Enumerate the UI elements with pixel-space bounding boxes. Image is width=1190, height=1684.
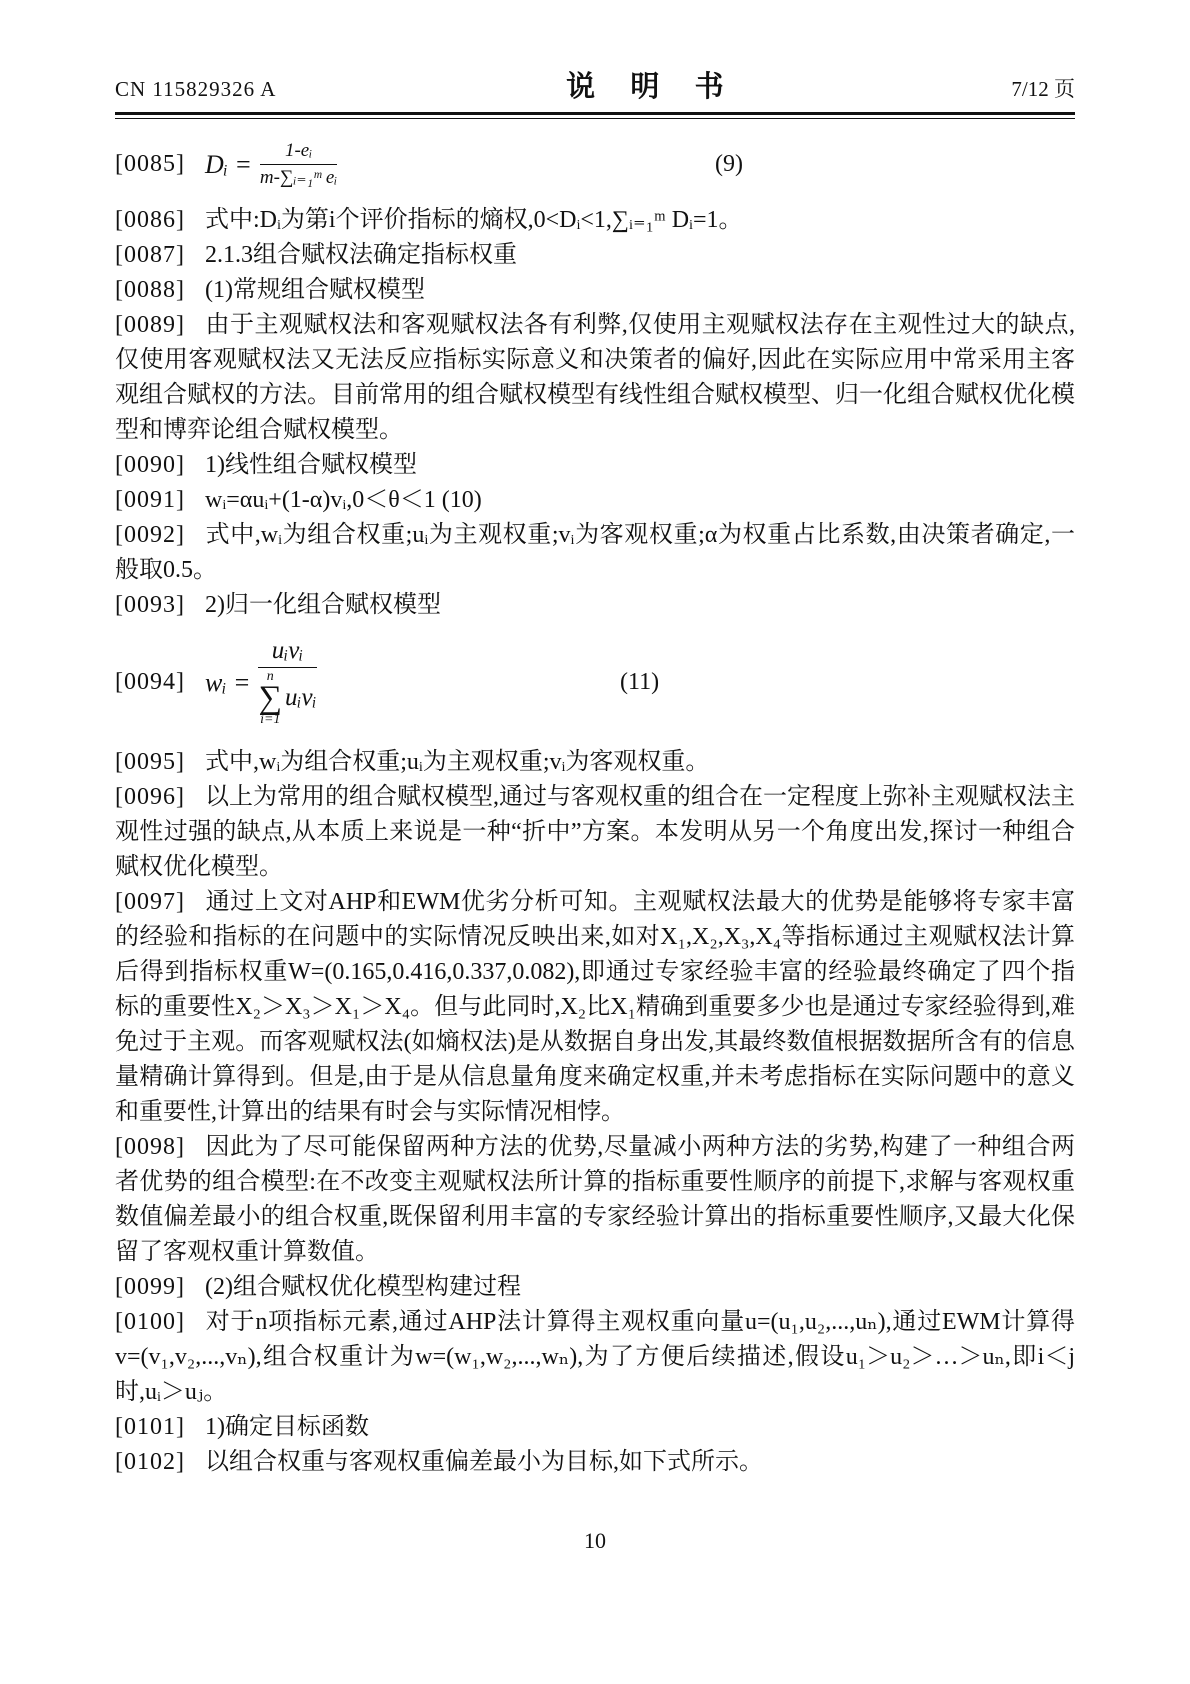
paragraph-number: [0099] — [115, 1274, 185, 1300]
document-number: CN 115829326 A — [115, 77, 276, 102]
paragraph-text: 1)线性组合赋权模型 — [205, 452, 417, 478]
paragraph-0101: [0101]1)确定目标函数 — [115, 1410, 1075, 1445]
paragraph-0090: [0090]1)线性组合赋权模型 — [115, 448, 1075, 483]
fraction: 1-eᵢ m-∑ᵢ₌₁ᵐ eᵢ — [260, 139, 337, 190]
paragraph-number: [0093] — [115, 592, 185, 618]
paragraph-text: 2)归一化组合赋权模型 — [205, 592, 441, 618]
paragraph-0086: [0086]式中:Dᵢ为第i个评价指标的熵权,0<Dᵢ<1,∑ᵢ₌₁ᵐ Dᵢ=1… — [115, 203, 1075, 238]
paragraph-0092: [0092]式中,wᵢ为组合权重;uᵢ为主观权重;vᵢ为客观权重;α为权重占比系… — [115, 518, 1075, 588]
paragraph-0096: [0096]以上为常用的组合赋权模型,通过与客观权重的组合在一定程度上弥补主观赋… — [115, 780, 1075, 885]
paragraph-number: [0097] — [115, 889, 185, 915]
summation-symbol: n ∑ i=1 — [258, 670, 282, 728]
paragraph-text: 1)确定目标函数 — [205, 1414, 369, 1440]
paragraph-number: [0095] — [115, 749, 185, 775]
paragraph-number: [0100] — [115, 1309, 185, 1335]
paragraph-text: (1)常规组合赋权模型 — [205, 277, 425, 303]
equation-11-math: wᵢ = uᵢvᵢ n ∑ i=1 uᵢvᵢ — [205, 637, 317, 727]
paragraph-number: [0088] — [115, 277, 185, 303]
paragraph-text: 因此为了尽可能保留两种方法的优势,尽量减小两种方法的劣势,构建了一种组合两者优势… — [115, 1134, 1075, 1265]
equation-number: (9) — [715, 147, 743, 182]
paragraph-number: [0102] — [115, 1449, 185, 1475]
paragraph-number: [0092] — [115, 522, 185, 548]
paragraph-number: [0101] — [115, 1414, 185, 1440]
paragraph-text: 由于主观赋权法和客观赋权法各有利弊,仅使用主观赋权法存在主观性过大的缺点,仅使用… — [115, 312, 1075, 443]
paragraph-text: 以上为常用的组合赋权模型,通过与客观权重的组合在一定程度上弥补主观赋权法主观性过… — [115, 784, 1075, 880]
paragraph-0100: [0100]对于n项指标元素,通过AHP法计算得主观权重向量u=(u₁,u₂,.… — [115, 1305, 1075, 1410]
paragraph-text: 式中,wᵢ为组合权重;uᵢ为主观权重;vᵢ为客观权重;α为权重占比系数,由决策者… — [115, 522, 1075, 583]
paragraph-text: 2.1.3组合赋权法确定指标权重 — [205, 242, 517, 268]
paragraph-number: [0086] — [115, 207, 185, 233]
paragraph-number: [0090] — [115, 452, 185, 478]
paragraph-text: 通过上文对AHP和EWM优劣分析可知。主观赋权法最大的优势是能够将专家丰富的经验… — [115, 889, 1075, 1125]
paragraph-0097: [0097]通过上文对AHP和EWM优劣分析可知。主观赋权法最大的优势是能够将专… — [115, 885, 1075, 1130]
paragraph-0095: [0095]式中,wᵢ为组合权重;uᵢ为主观权重;vᵢ为客观权重。 — [115, 745, 1075, 780]
paragraph-text: 式中:Dᵢ为第i个评价指标的熵权,0<Dᵢ<1,∑ᵢ₌₁ᵐ Dᵢ=1。 — [205, 207, 743, 233]
equation-lhs: wᵢ = — [205, 665, 251, 700]
equation-number: (11) — [620, 665, 659, 700]
paragraph-number: [0098] — [115, 1134, 185, 1160]
paragraph-text: 以组合权重与客观权重偏差最小为目标,如下式所示。 — [205, 1449, 763, 1475]
summand: uᵢvᵢ — [285, 684, 317, 713]
paragraph-0102: [0102]以组合权重与客观权重偏差最小为目标,如下式所示。 — [115, 1445, 1075, 1480]
paragraph-number: [0096] — [115, 784, 185, 810]
sigma-icon: ∑ — [258, 684, 282, 714]
paragraph-number: [0094] — [115, 665, 185, 700]
paragraph-text: 式中,wᵢ为组合权重;uᵢ为主观权重;vᵢ为客观权重。 — [205, 749, 709, 775]
document-title: 说 明 书 — [566, 64, 738, 105]
equation-11: [0094] wᵢ = uᵢvᵢ n ∑ i=1 uᵢvᵢ — [115, 629, 1075, 735]
equation-lhs: Dᵢ = — [205, 147, 252, 182]
fraction-denominator: m-∑ᵢ₌₁ᵐ eᵢ — [260, 165, 337, 190]
fraction-denominator: n ∑ i=1 uᵢvᵢ — [258, 668, 316, 728]
paragraph-0093: [0093]2)归一化组合赋权模型 — [115, 588, 1075, 623]
equation-9-math: Dᵢ = 1-eᵢ m-∑ᵢ₌₁ᵐ eᵢ — [205, 139, 337, 190]
paragraph-number: [0091] — [115, 487, 185, 513]
paragraph-0091: [0091]wᵢ=αuᵢ+(1-α)vᵢ,0＜θ＜1 (10) — [115, 483, 1075, 518]
paragraph-text: wᵢ=αuᵢ+(1-α)vᵢ,0＜θ＜1 (10) — [205, 487, 482, 513]
paragraph-number: [0085] — [115, 147, 185, 182]
fraction: uᵢvᵢ n ∑ i=1 uᵢvᵢ — [258, 637, 316, 727]
paragraph-0099: [0099](2)组合赋权优化模型构建过程 — [115, 1270, 1075, 1305]
paragraph-number: [0087] — [115, 242, 185, 268]
specification-body: [0085] Dᵢ = 1-eᵢ m-∑ᵢ₌₁ᵐ eᵢ (9) [0086]式中… — [115, 133, 1075, 1480]
paragraph-text: 对于n项指标元素,通过AHP法计算得主观权重向量u=(u₁,u₂,...,uₙ)… — [115, 1309, 1075, 1405]
equation-9: [0085] Dᵢ = 1-eᵢ m-∑ᵢ₌₁ᵐ eᵢ (9) — [115, 133, 1075, 195]
fraction-numerator: uᵢvᵢ — [258, 637, 316, 668]
paragraph-0087: [0087]2.1.3组合赋权法确定指标权重 — [115, 238, 1075, 273]
paragraph-number: [0089] — [115, 312, 185, 338]
sheet-page-indicator: 7/12 页 — [1011, 73, 1075, 103]
paragraph-text: (2)组合赋权优化模型构建过程 — [205, 1274, 521, 1300]
paragraph-0089: [0089]由于主观赋权法和客观赋权法各有利弊,仅使用主观赋权法存在主观性过大的… — [115, 308, 1075, 448]
paragraph-0098: [0098]因此为了尽可能保留两种方法的优势,尽量减小两种方法的劣势,构建了一种… — [115, 1130, 1075, 1270]
page-header: CN 115829326 A 说 明 书 7/12 页 — [115, 0, 1075, 105]
header-divider-rule — [115, 112, 1075, 119]
patent-specification-page: CN 115829326 A 说 明 书 7/12 页 [0085] Dᵢ = … — [0, 0, 1190, 1684]
paragraph-0088: [0088](1)常规组合赋权模型 — [115, 273, 1075, 308]
page-number: 10 — [0, 1528, 1190, 1554]
summation-lower-limit: i=1 — [260, 713, 280, 727]
fraction-numerator: 1-eᵢ — [260, 139, 337, 165]
